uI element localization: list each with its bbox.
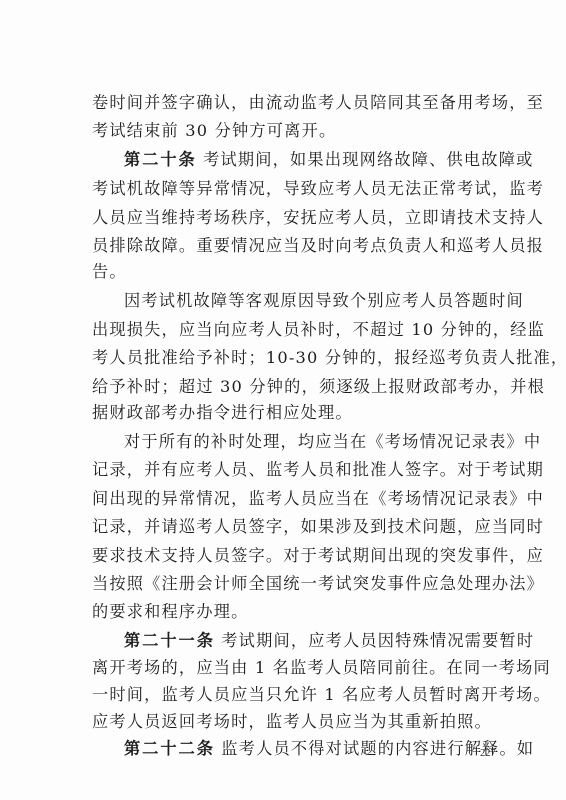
text-line: 考试结束前 30 分钟方可离开。 [92,119,476,143]
text-line: 应考人员返回考场时，监考人员应当为其重新拍照。 [92,710,476,734]
article-22-first-line: 第二十二条 监考人员不得对试题的内容进行解释。如 [124,737,476,761]
text-line: 考试机故障等异常情况，导致应考人员无法正常考试，监考 [92,177,476,201]
text-line: 给予补时；超过 30 分钟的，须逐级上报财政部考办，并根 [92,375,476,399]
text-line: 要求技术支持人员签字。对于考试期间出现的突发事件，应 [92,544,476,568]
text-fragment: 考试期间，如果出现网络故障、供电故障或 [203,150,533,169]
text-line: 考人员批准给予补时；10-30 分钟的，报经巡考负责人批准， [92,346,476,370]
article-20-first-line: 第二十条 考试期间，如果出现网络故障、供电故障或 [124,148,476,172]
page-number: 227 [480,748,496,759]
text-line: 因考试机故障等客观原因导致个别应考人员答题时间 [124,289,476,313]
text-line: 人员应当维持考场秩序，安抚应考人员，立即请技术支持人 [92,206,476,230]
text-line: 一时间，监考人员应当只允许 1 名应考人员暂时离开考场。 [92,683,476,707]
text-line: 的要求和程序办理。 [92,600,476,624]
article-heading-20: 第二十条 [124,150,197,169]
text-line: 记录，并有应考人员、监考人员和批准人签字。对于考试期 [92,458,476,482]
text-line: 出现损失，应当向应考人员补时，不超过 10 分钟的，经监 [92,318,476,342]
text-line: 间出现的异常情况，监考人员应当在《考场情况记录表》中 [92,487,476,511]
text-line: 离开考场的，应当由 1 名监考人员陪同前往。在同一考场同 [92,656,476,680]
text-line: 员排除故障。重要情况应当及时向考点负责人和巡考人员报 [92,234,476,258]
text-line: 对于所有的补时处理，均应当在《考场情况记录表》中 [124,430,476,454]
article-21-first-line: 第二十一条 考试期间，应考人员因特殊情况需要暂时 [124,629,476,653]
text-line: 当按照《注册会计师全国统一考试突发事件应急处理办法》 [92,572,476,596]
article-heading-22: 第二十二条 [124,739,215,758]
document-page: 卷时间并签字确认，由流动监考人员陪同其至备用考场，至 考试结束前 30 分钟方可… [0,0,566,800]
text-line: 告。 [92,260,476,284]
text-fragment: 考试期间，应考人员因特殊情况需要暂时 [221,631,534,650]
text-line: 记录，并请巡考人员签字，如果涉及到技术问题，应当同时 [92,515,476,539]
article-heading-21: 第二十一条 [124,631,215,650]
text-line: 据财政部考办指令进行相应处理。 [92,401,476,425]
text-line: 卷时间并签字确认，由流动监考人员陪同其至备用考场，至 [92,91,476,115]
